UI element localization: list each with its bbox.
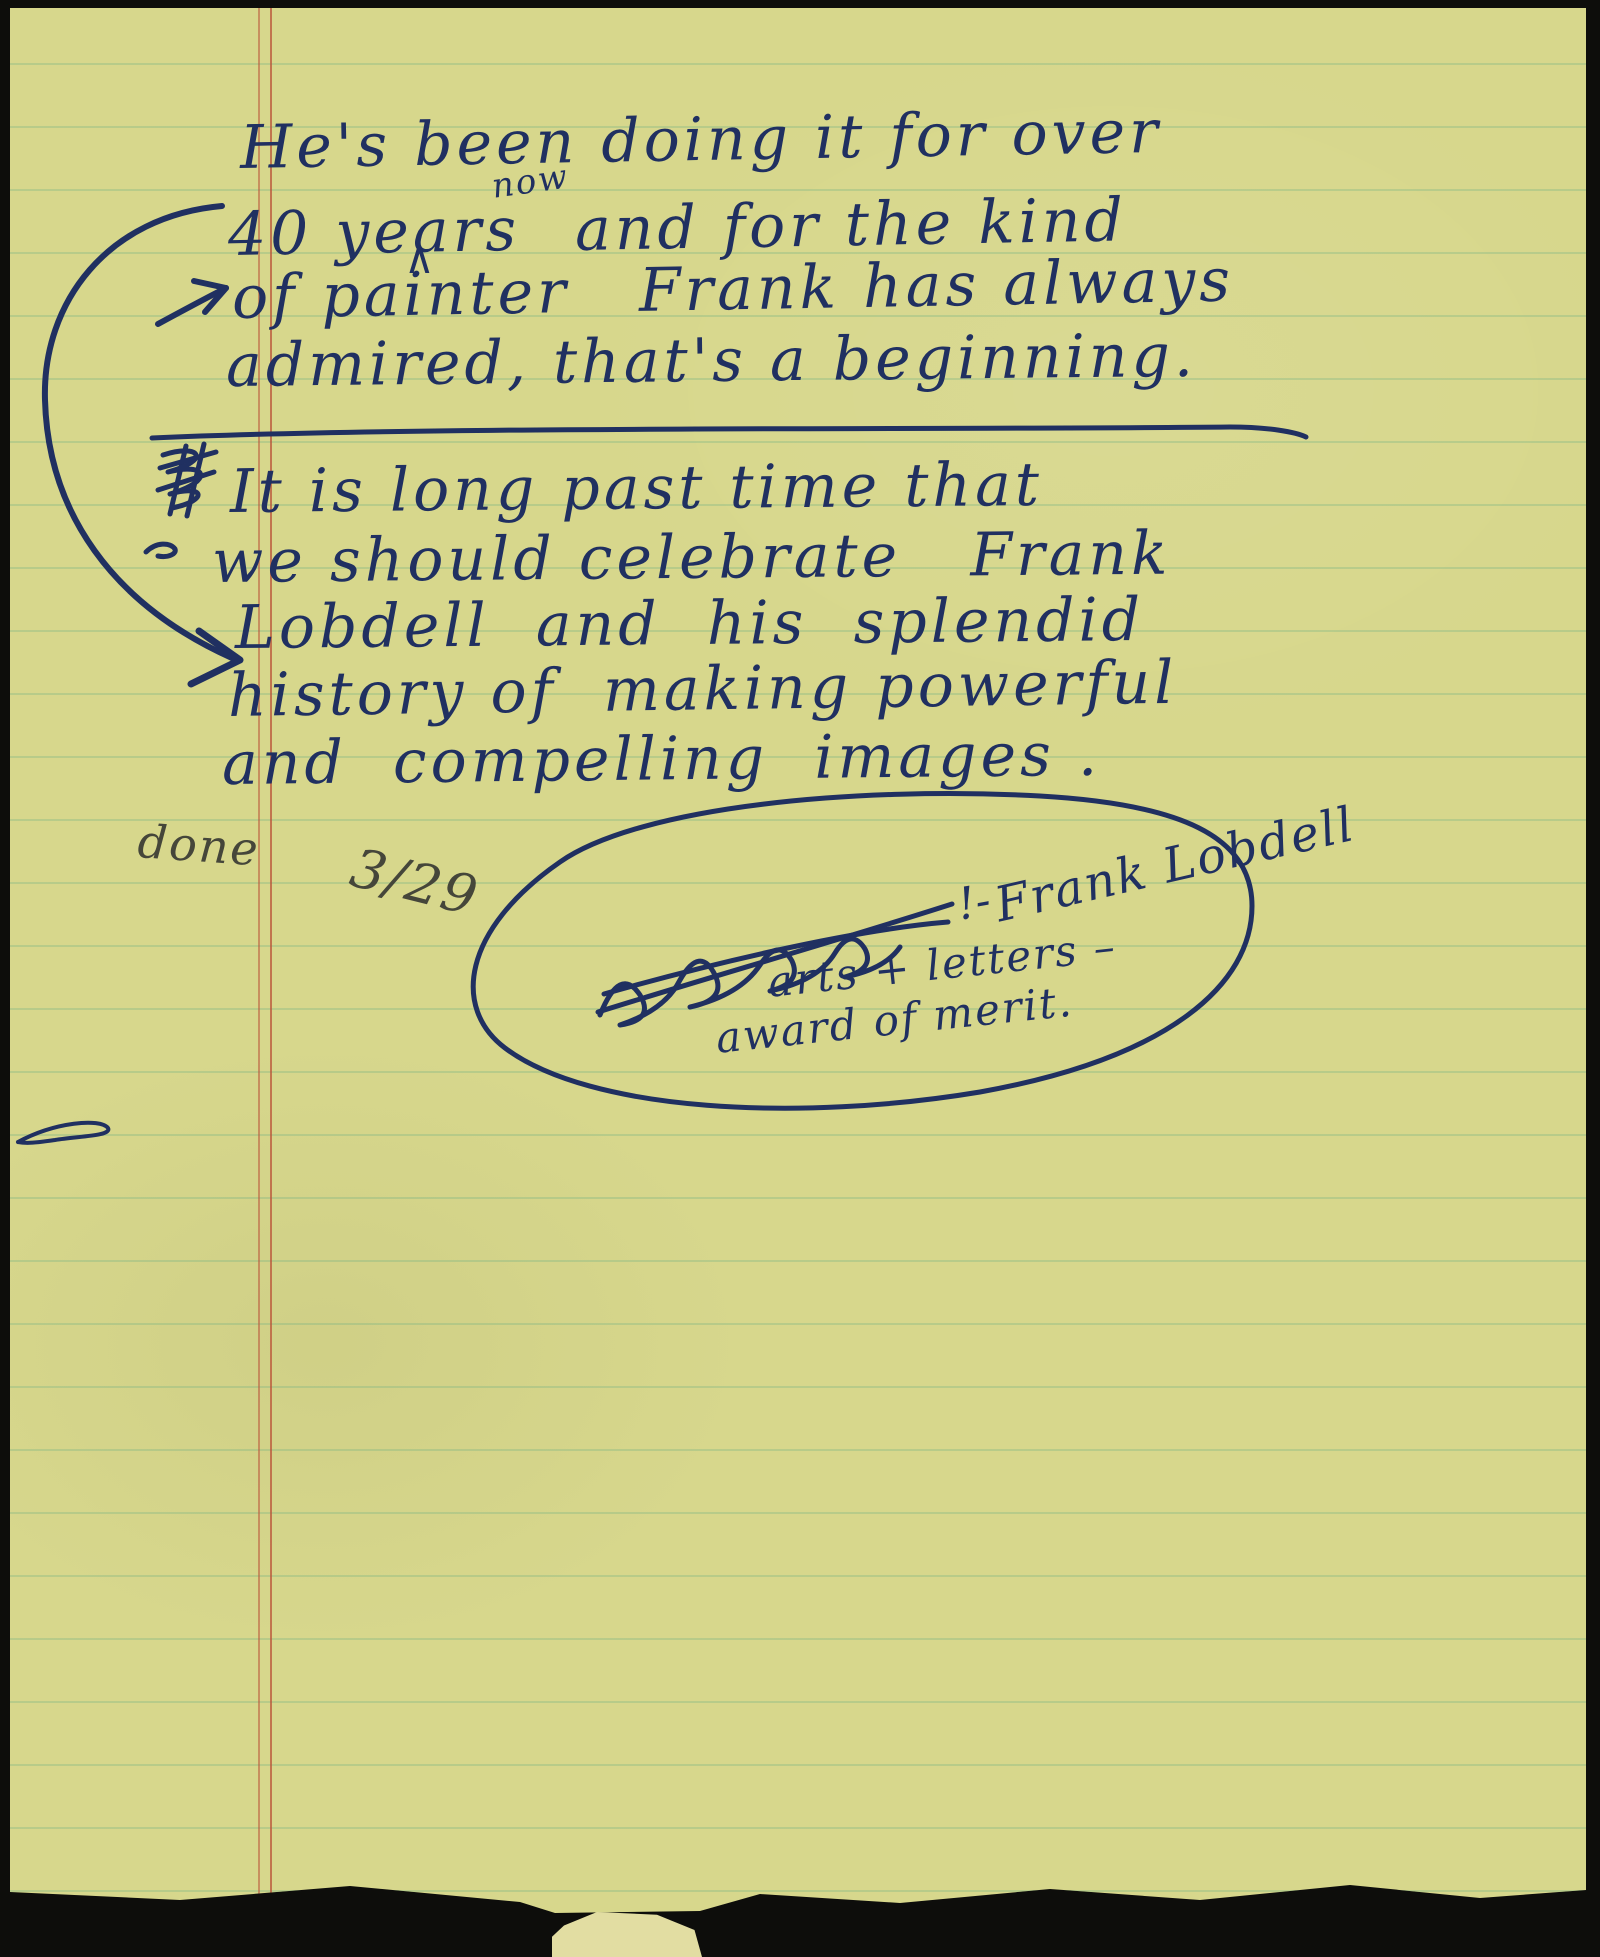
note-line: Lobdell and his splendid — [235, 590, 1145, 658]
note-line: history of making powerful — [228, 653, 1178, 726]
note-line: He's been doing it for over — [239, 102, 1162, 178]
note-line: we should celebrate Frank — [212, 524, 1172, 592]
inserted-word: now — [490, 159, 571, 203]
note-line: admired, that's a beginning. — [226, 326, 1198, 396]
note-line: and compelling images . — [222, 725, 1102, 794]
date-note: done — [136, 818, 261, 872]
note-line: It is long past time that — [230, 455, 1043, 522]
note-line: 40 years — [227, 200, 520, 265]
note-line: of painter Frank has always — [231, 251, 1234, 328]
torn-paper-fragment — [552, 1912, 702, 1957]
scanned-note: He's been doing it for over 40 years now… — [0, 0, 1600, 1957]
